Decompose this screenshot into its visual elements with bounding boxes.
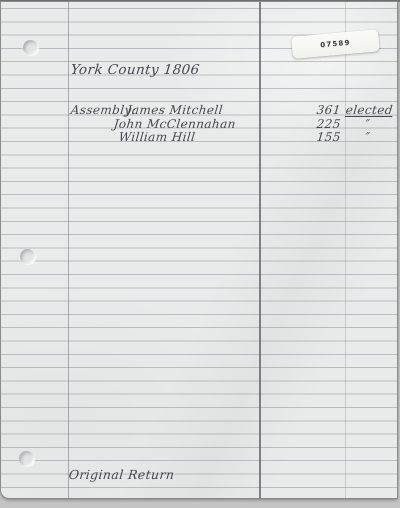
- vote-count: 225: [313, 117, 344, 131]
- catalog-number: 07589: [320, 39, 351, 50]
- punch-hole-middle: [20, 249, 35, 264]
- page-title: York County 1806: [70, 62, 200, 78]
- candidate-name: William Hill: [118, 130, 196, 144]
- right-column-line: [345, 2, 346, 498]
- vote-count: 361: [313, 103, 344, 117]
- punch-hole-bottom: [19, 451, 34, 466]
- ditto-mark: ″: [345, 130, 390, 144]
- ditto-mark: ″: [345, 117, 390, 131]
- footer-note: Original Return: [68, 467, 175, 482]
- result-row: Assembly: James Mitchell 361 elected: [1, 103, 397, 117]
- ruled-lines: [1, 8, 397, 498]
- result-row: William Hill 155 ″: [1, 130, 397, 144]
- vote-count: 155: [313, 130, 344, 144]
- result-status: elected: [345, 103, 390, 117]
- center-column-line: [259, 2, 261, 498]
- result-row: John McClennahan 225 ″: [1, 117, 397, 131]
- punch-hole-top: [23, 40, 38, 55]
- ledger-page: 07589 York County 1806 Assembly: James M…: [1, 2, 397, 498]
- left-margin-line: [68, 2, 69, 498]
- candidate-name: James Mitchell: [126, 103, 224, 117]
- candidate-name: John McClennahan: [113, 117, 237, 131]
